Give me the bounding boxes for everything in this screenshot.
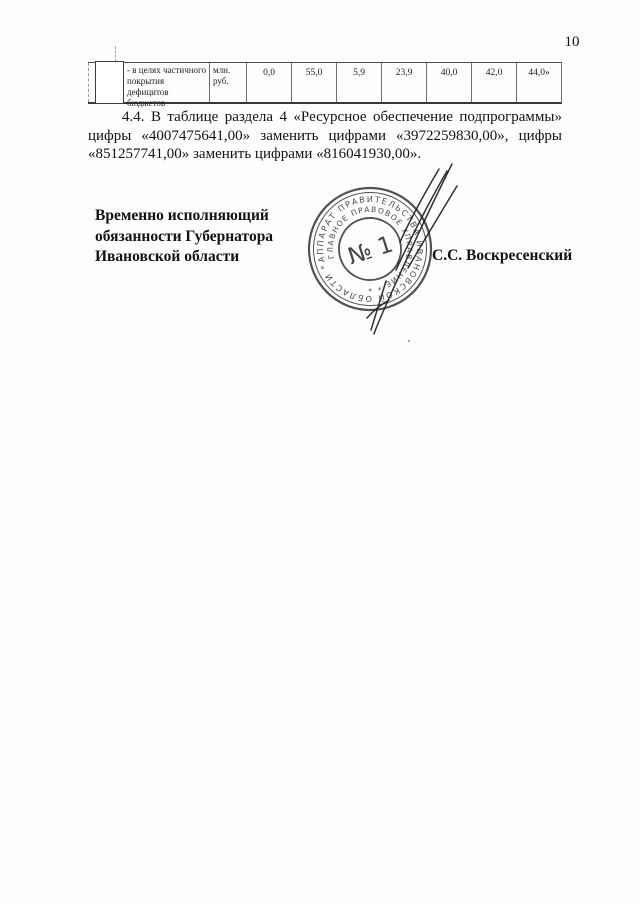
official-stamp: АППАРАТ ПРАВИТЕЛЬСТВА ИВАНОВСКОЙ ОБЛАСТИ… (295, 150, 470, 350)
table-inner-box (95, 61, 124, 104)
table-value-cell: 44,0» (516, 63, 561, 102)
table-unit-cell: млн. руб. (209, 63, 246, 102)
document-page: 10 - в целях частичного покрытия дефицит… (0, 0, 640, 905)
paragraph-line: 4.4. В таблице раздела 4 «Ресурсное обес… (88, 108, 562, 127)
page-number: 10 (552, 34, 592, 51)
table-value-cell: 0,0 (246, 63, 291, 102)
table-value-cell: 23,9 (381, 63, 426, 102)
stamp-number: № 1 (345, 231, 397, 270)
scan-artifact-line (115, 46, 116, 62)
paragraph-line: цифры «4007475641,00» заменить цифрами «… (88, 127, 562, 146)
amendment-table: - в целях частичного покрытия дефицитов … (88, 62, 562, 104)
table-value-cell: 55,0 (291, 63, 336, 102)
table-value-cell: 40,0 (426, 63, 471, 102)
table-value-cell: 42,0 (471, 63, 516, 102)
table-value-cell: 5,9 (336, 63, 381, 102)
table-row-label: - в целях частичного покрытия дефицитов … (123, 63, 209, 102)
signatory-title: Временно исполняющий обязанности Губерна… (95, 206, 325, 268)
scan-artifact-dot (408, 340, 410, 342)
table-cell-empty (88, 63, 123, 102)
